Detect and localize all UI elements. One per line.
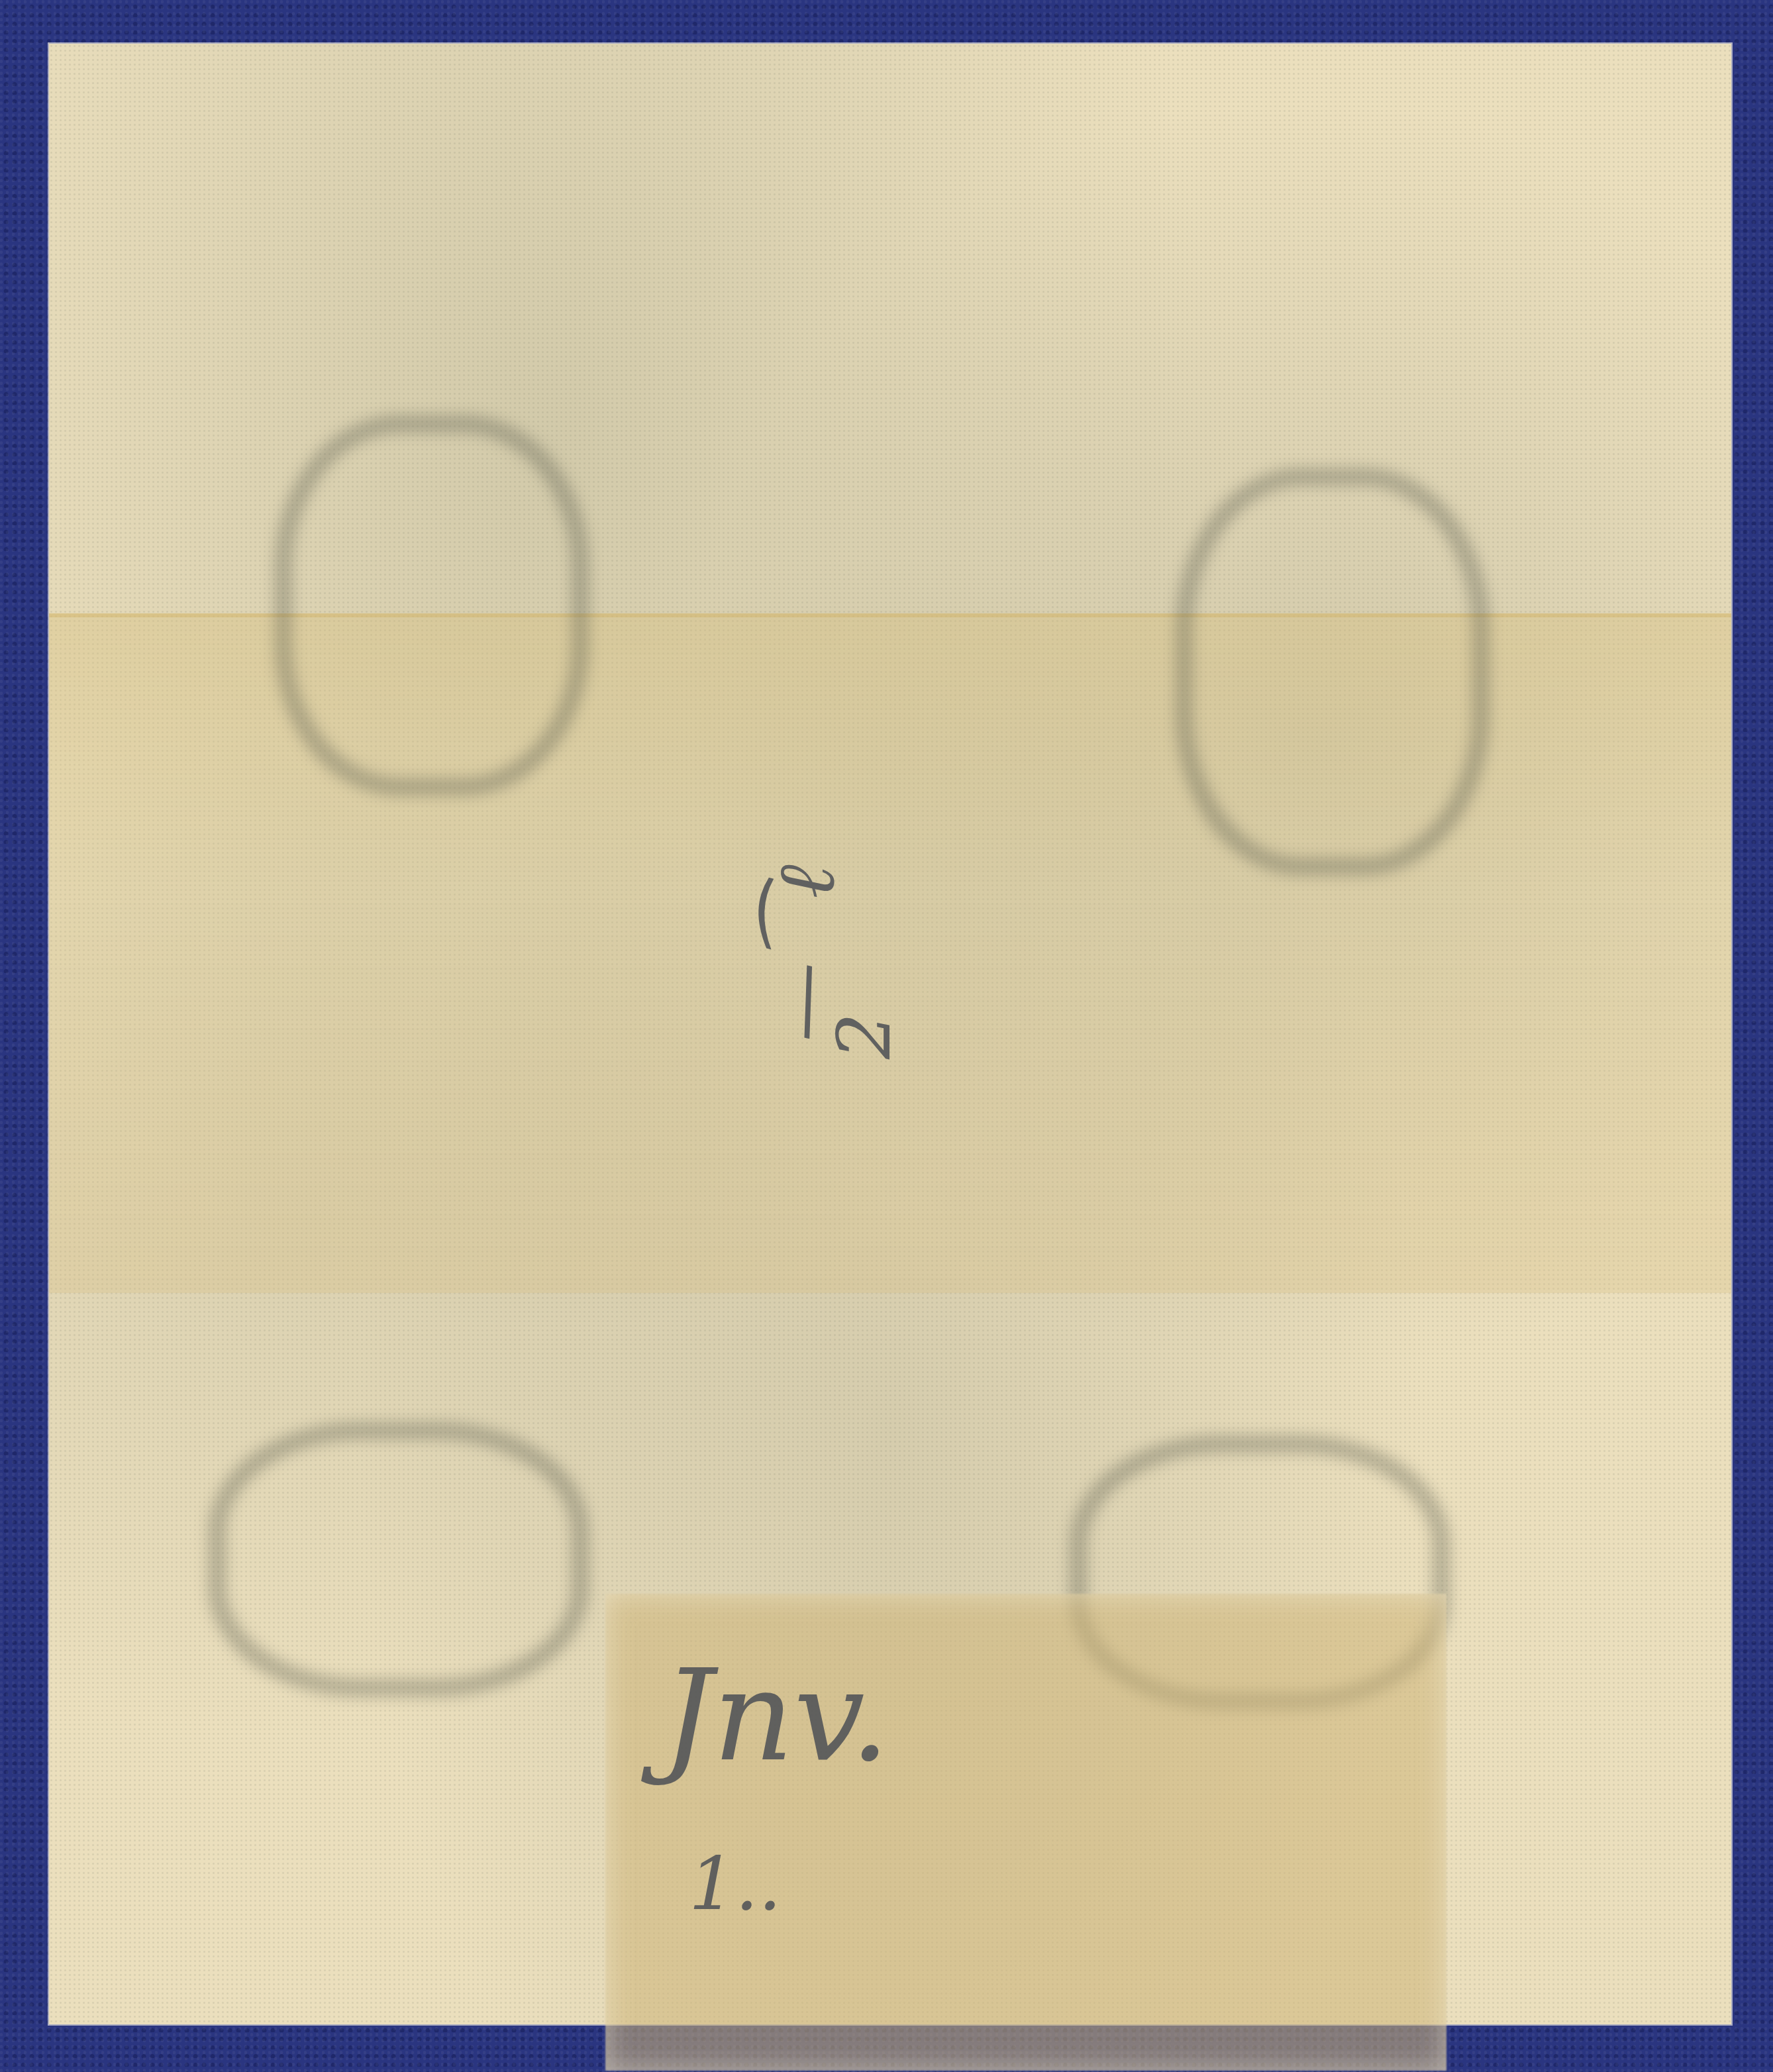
pencil-number: 2	[822, 1013, 907, 1059]
hinge-pencil-signature: Jnv.	[662, 1643, 890, 1789]
show-through-shape	[1175, 468, 1490, 876]
show-through-shape	[208, 1422, 589, 1697]
show-through-shape	[274, 415, 589, 796]
hinge-pencil-subnote: 1..	[689, 1841, 782, 1926]
